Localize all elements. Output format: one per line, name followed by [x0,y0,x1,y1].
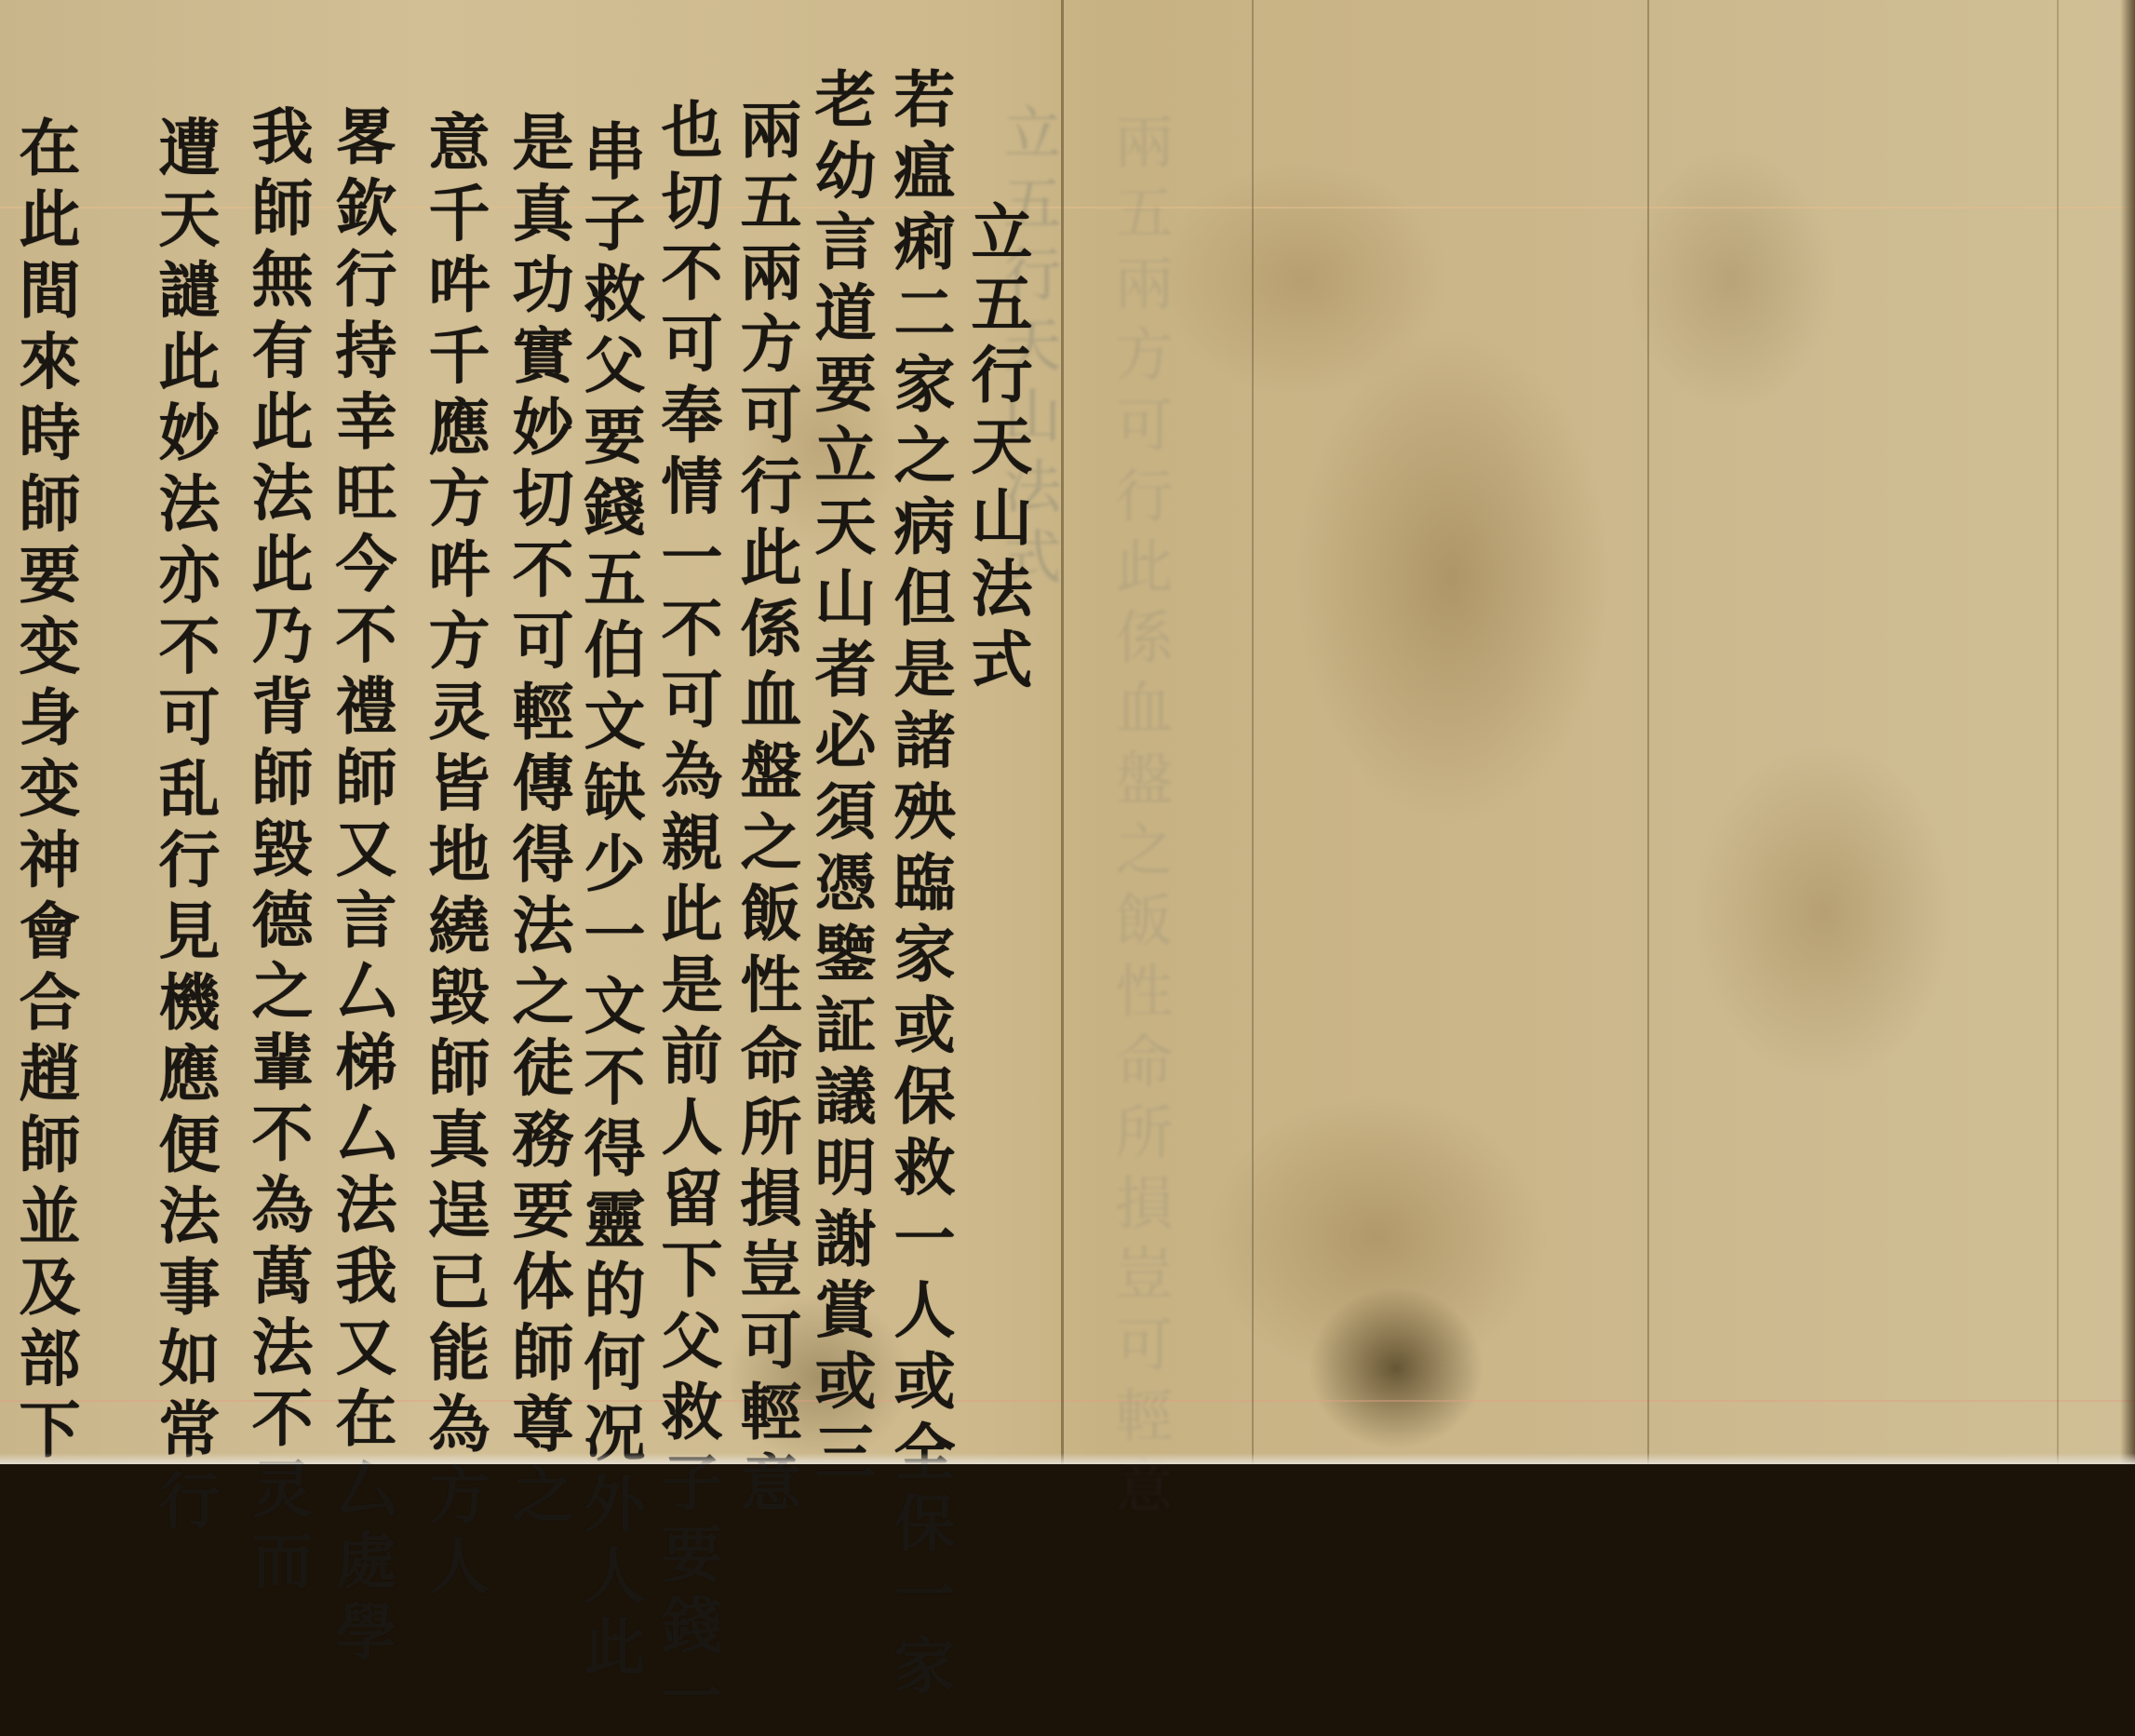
text-column-8: 畧欽行持幸旺今不禮師又言厶梯厶法我又在厶處學 [330,104,392,1464]
text-column-5: 串子救父要錢五伯文缺少一文不得靈的何况外人此 [579,119,640,1464]
text-column-3: 兩五兩方可行此係血盤之飯性命所損豈可輕意 [735,98,797,1464]
text-column-1: 若瘟痢二家之病但是諸殃臨家或保救一人或全保一家 [889,67,950,1464]
text-column-2: 老幼言道要立天山者必須憑鑒証議明謝賞或三 [810,67,871,1464]
text-column-7: 意千吽千應方吽方灵皆地繞毀師真逞已能為方人 [423,110,485,1464]
text-page-left: 立五行天山法式 若瘟痢二家之病但是諸殃臨家或保救一人或全保一家 老幼言道要立天山… [0,0,1080,1464]
page-edge [2120,0,2135,1464]
text-column-10: 遭天譴此妙法亦不可乱行見機應便法事如常行 [154,115,215,1464]
text-column-11: 在此間來時師要变身变神會合趙師並及部下 [14,115,75,1464]
text-column-9: 我師無有此法此乃背師毀德之輩不為萬法不灵而 [247,104,308,1464]
text-column-4: 也切不可奉情一不可為親此是前人留下父救子要錢一 [656,98,718,1464]
page-edge-bottom [0,1453,2135,1464]
manuscript-title: 立五行天山法式 [966,200,1027,699]
blank-page-right [1070,0,2135,1464]
manuscript-spread: 立五行天山法式 兩五兩方可行此係血盤之飯性命所損豈可輕意 立五行天山法式 若瘟痢… [0,0,2135,1464]
text-column-6: 是真功實妙切不可輕傳得法之徒務要体師尊之 [507,110,569,1464]
